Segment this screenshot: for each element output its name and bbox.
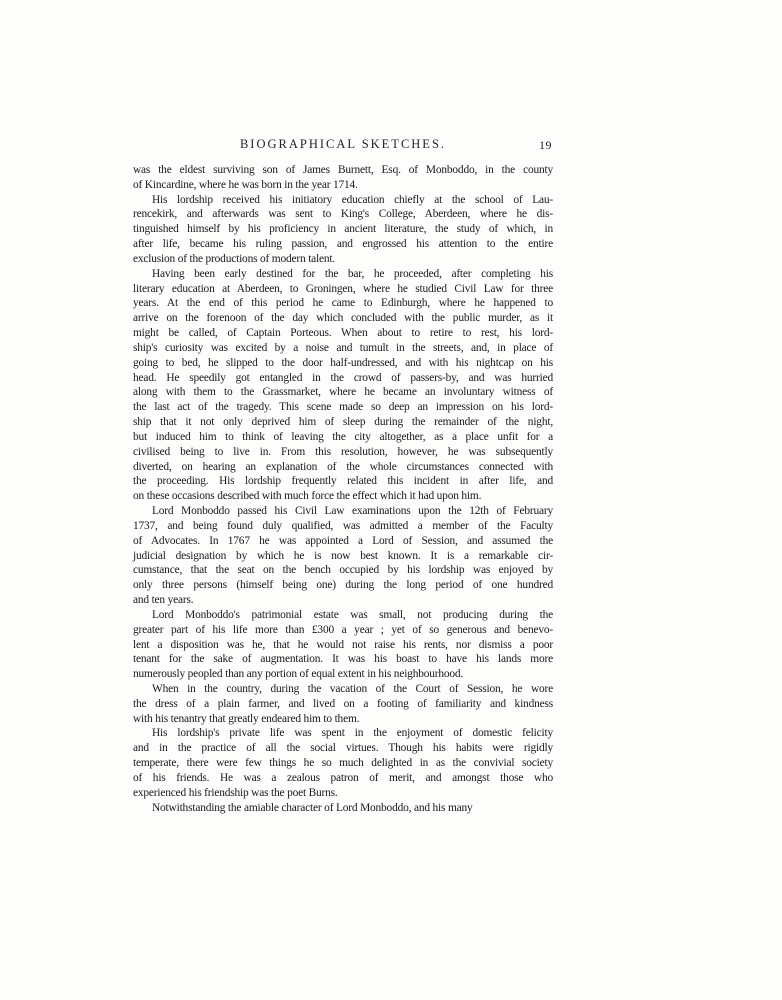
text-line: Lord Monboddo's patrimonial estate was s… xyxy=(133,608,553,623)
text-line: temperate, there were few things he so m… xyxy=(133,756,553,771)
page-header: BIOGRAPHICAL SKETCHES. 19 xyxy=(133,137,553,155)
text-line: going to bed, he slipped to the door hal… xyxy=(133,356,553,371)
text-line: along with them to the Grassmarket, wher… xyxy=(133,385,553,400)
paragraph: Lord Monboddo passed his Civil Law exami… xyxy=(133,504,553,608)
paragraph: Notwithstanding the amiable character of… xyxy=(133,801,553,816)
text-line: When in the country, during the vacation… xyxy=(133,682,553,697)
text-line: of Kincardine, where he was born in the … xyxy=(133,178,553,193)
text-line: Having been early destined for the bar, … xyxy=(133,267,553,282)
running-head: BIOGRAPHICAL SKETCHES. xyxy=(133,137,553,152)
text-line: cumstance, that the seat on the bench oc… xyxy=(133,563,553,578)
text-line: was the eldest surviving son of James Bu… xyxy=(133,163,553,178)
text-line: tinguished himself by his proficiency in… xyxy=(133,222,553,237)
text-line: judicial designation by which he is now … xyxy=(133,549,553,564)
text-line: ship's curiosity was excited by a noise … xyxy=(133,341,553,356)
page-content: BIOGRAPHICAL SKETCHES. 19 was the eldest… xyxy=(133,137,553,815)
text-line: experienced his friendship was the poet … xyxy=(133,786,553,801)
book-page: BIOGRAPHICAL SKETCHES. 19 was the eldest… xyxy=(0,0,782,1000)
text-line: the dress of a plain farmer, and lived o… xyxy=(133,697,553,712)
paragraph: His lordship received his initiatory edu… xyxy=(133,193,553,267)
text-line: head. He speedily got entangled in the c… xyxy=(133,371,553,386)
text-line: civilised being to live in. From this re… xyxy=(133,445,553,460)
text-line: after life, became his ruling passion, a… xyxy=(133,237,553,252)
page-body: was the eldest surviving son of James Bu… xyxy=(133,163,553,815)
text-line: might be called, of Captain Porteous. Wh… xyxy=(133,326,553,341)
text-line: His lordship received his initiatory edu… xyxy=(133,193,553,208)
text-line: years. At the end of this period he came… xyxy=(133,296,553,311)
text-line: tenant for the sake of augmentation. It … xyxy=(133,652,553,667)
text-line: lent a disposition was he, that he would… xyxy=(133,638,553,653)
paragraph: was the eldest surviving son of James Bu… xyxy=(133,163,553,193)
text-line: Notwithstanding the amiable character of… xyxy=(133,801,553,816)
text-line: 1737, and being found duly qualified, wa… xyxy=(133,519,553,534)
paragraph: Lord Monboddo's patrimonial estate was s… xyxy=(133,608,553,682)
text-line: ship that it not only deprived him of sl… xyxy=(133,415,553,430)
text-line: on these occasions described with much f… xyxy=(133,489,553,504)
paragraph: His lordship's private life was spent in… xyxy=(133,726,553,800)
text-line: diverted, on hearing an explanation of t… xyxy=(133,460,553,475)
page-number: 19 xyxy=(539,138,552,153)
paragraph: Having been early destined for the bar, … xyxy=(133,267,553,504)
text-line: the proceeding. His lordship frequently … xyxy=(133,474,553,489)
text-line: greater part of his life more than £300 … xyxy=(133,623,553,638)
text-line: Lord Monboddo passed his Civil Law exami… xyxy=(133,504,553,519)
text-line: of his friends. He was a zealous patron … xyxy=(133,771,553,786)
text-line: of Advocates. In 1767 he was appointed a… xyxy=(133,534,553,549)
text-line: and ten years. xyxy=(133,593,553,608)
text-line: His lordship's private life was spent in… xyxy=(133,726,553,741)
text-line: but induced him to think of leaving the … xyxy=(133,430,553,445)
text-line: rencekirk, and afterwards was sent to Ki… xyxy=(133,207,553,222)
text-line: literary education at Aberdeen, to Groni… xyxy=(133,282,553,297)
text-line: with his tenantry that greatly endeared … xyxy=(133,712,553,727)
text-line: the last act of the tragedy. This scene … xyxy=(133,400,553,415)
text-line: and in the practice of all the social vi… xyxy=(133,741,553,756)
text-line: arrive on the forenoon of the day which … xyxy=(133,311,553,326)
text-line: numerously peopled than any portion of e… xyxy=(133,667,553,682)
text-line: only three persons (himself being one) d… xyxy=(133,578,553,593)
text-line: exclusion of the productions of modern t… xyxy=(133,252,553,267)
paragraph: When in the country, during the vacation… xyxy=(133,682,553,726)
